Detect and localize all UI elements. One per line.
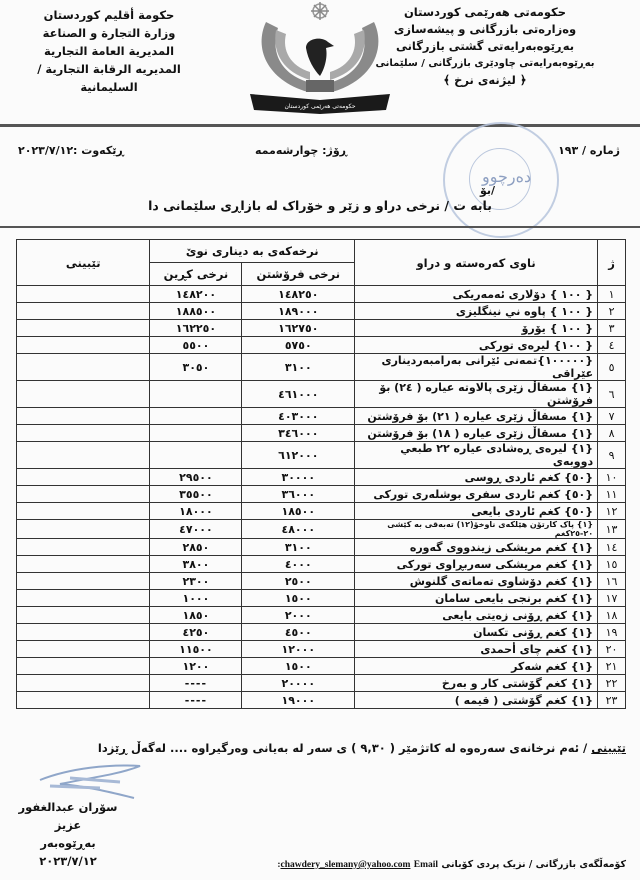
- buy-price: ----: [150, 692, 242, 709]
- sell-price: ٥٧٥٠: [242, 337, 355, 354]
- buy-price: ١٨٥٠: [150, 607, 242, 624]
- item-name: { ١٠٠ } یۆرۆ: [355, 320, 598, 337]
- kurdish-subdirectorate-line: بەڕێوەبەرایەتی چاودێری بازرگانی / سلێمان…: [370, 55, 600, 72]
- buy-price: ١٠٠٠: [150, 590, 242, 607]
- arabic-subdirectorate-line: المديريه الرقابة التجارية / السليمانية: [14, 60, 204, 96]
- row-number: ١٤: [598, 539, 626, 556]
- row-number: ٢٢: [598, 675, 626, 692]
- item-name: {٥٠} کغم ئاردی سفری بوشلەری تورکی: [355, 486, 598, 503]
- row-number: ٣: [598, 320, 626, 337]
- col-header-item: ناوی کەرەستە و دراو: [355, 240, 598, 286]
- sell-price: ٢٠٠٠٠: [242, 675, 355, 692]
- sell-price: ١٢٠٠٠: [242, 641, 355, 658]
- sell-price: ٦١٢٠٠٠: [242, 442, 355, 469]
- table-row: ٤{ ١٠٠} لیرەی تورکی٥٧٥٠٥٥٠٠: [17, 337, 626, 354]
- item-name: {١} کغم برنجی بایعی سامان: [355, 590, 598, 607]
- letter-number: ژمارە / ١٩٣: [558, 144, 620, 157]
- item-name: {١} کغم ڕۆنی زەیتی بایعی: [355, 607, 598, 624]
- row-note: [17, 408, 150, 425]
- kurdish-directorate-line: بەڕێوەبەرایەتی گشتی بازرگانی: [370, 38, 600, 55]
- footer-contact: کۆمەڵگەی بازرگانی / نزیک پردی کۆبانی cha…: [277, 859, 626, 870]
- item-name: {١} مسقاڵ زێری عیارە ( ٢١) بۆ فرۆشتن: [355, 408, 598, 425]
- table-row: ١٧{١} کغم برنجی بایعی سامان١٥٠٠١٠٠٠: [17, 590, 626, 607]
- buy-price: ١٨٠٠٠: [150, 503, 242, 520]
- item-name: {١} کغم مریشکی سەربڕاوی تورکی: [355, 556, 598, 573]
- kurdish-ministry-line: وەزارەتی بازرگانی و پیشەسازی: [370, 21, 600, 38]
- header-divider: [0, 124, 640, 127]
- table-row: ٨{١} مسقاڵ زێری عیارە ( ١٨) بۆ فرۆشتن٣٤٦…: [17, 425, 626, 442]
- row-note: [17, 320, 150, 337]
- row-number: ٧: [598, 408, 626, 425]
- buy-price: ٥٥٠٠: [150, 337, 242, 354]
- sell-price: ٣٠٠٠٠: [242, 469, 355, 486]
- table-row: ١٥{١} کغم مریشکی سەربڕاوی تورکی٤٠٠٠٣٨٠٠: [17, 556, 626, 573]
- row-number: ١٧: [598, 590, 626, 607]
- row-note: [17, 337, 150, 354]
- row-number: ١٦: [598, 573, 626, 590]
- item-name: {٥٠} کغم ئاردی بایعی: [355, 503, 598, 520]
- kurdish-committee-line: ﴿ لیژنەی نرخ ﴾: [370, 72, 600, 89]
- row-note: [17, 675, 150, 692]
- row-note: [17, 486, 150, 503]
- table-row: ١٩{١} کغم ڕۆنی تکسان٤٥٠٠٤٢٥٠: [17, 624, 626, 641]
- letter-day: ڕۆژ: چوارشەممە: [255, 144, 347, 157]
- row-note: [17, 303, 150, 320]
- buy-price: [150, 425, 242, 442]
- row-note: [17, 442, 150, 469]
- letter-date: ڕێکەوت :٢٠٢٣/٧/١٢: [18, 144, 124, 157]
- table-row: ١{ ١٠٠ } دۆلاری ئەمەریکی١٤٨٢٥٠١٤٨٢٠٠: [17, 286, 626, 303]
- item-name: {١} مسقاڵ زێری عیارە ( ١٨) بۆ فرۆشتن: [355, 425, 598, 442]
- signature-scrawl-icon: [30, 758, 150, 802]
- sell-price: ١٤٨٢٥٠: [242, 286, 355, 303]
- table-row: ٢٣{١} کغم گۆشتی ( قیمە )١٩٠٠٠----: [17, 692, 626, 709]
- sell-price: ٤٦١٠٠٠: [242, 381, 355, 408]
- row-note: [17, 692, 150, 709]
- row-number: ١٩: [598, 624, 626, 641]
- recipient-label: بۆ/: [480, 184, 495, 197]
- row-number: ٢٠: [598, 641, 626, 658]
- row-number: ٦: [598, 381, 626, 408]
- row-note: [17, 573, 150, 590]
- table-row: ٩{١} لیرەی ڕەشادی عیارە ٢٢ طبعي دووبەی٦١…: [17, 442, 626, 469]
- table-row: ١٠{٥٠} کغم ئاردی ڕوسی٣٠٠٠٠٢٩٥٠٠: [17, 469, 626, 486]
- buy-price: ٣٠٥٠: [150, 354, 242, 381]
- row-note: [17, 286, 150, 303]
- row-number: ٤: [598, 337, 626, 354]
- footnote: تێبینی / ئەم نرخانەی سەرەوە لە کاتژمێر (…: [98, 741, 626, 755]
- signature-block: سۆران عبدالغفور عزیز بەڕێوەبەر ٢٠٢٣/٧/١٢: [18, 798, 118, 870]
- row-number: ١: [598, 286, 626, 303]
- footnote-label: تێبینی: [591, 741, 626, 755]
- table-row: ١٨{١} کغم ڕۆنی زەیتی بایعی٢٠٠٠١٨٥٠: [17, 607, 626, 624]
- table-row: ٢١{١} کغم شەکر١٥٠٠١٢٠٠: [17, 658, 626, 675]
- sell-price: ١٩٠٠٠: [242, 692, 355, 709]
- sell-price: ٤٠٣٠٠٠: [242, 408, 355, 425]
- item-name: {١} کغم ڕۆنی تکسان: [355, 624, 598, 641]
- row-number: ١٠: [598, 469, 626, 486]
- table-row: ٢{ ١٠٠ } پاوە ني نينگليزى١٨٩٠٠٠١٨٨٥٠٠: [17, 303, 626, 320]
- kurdistan-emblem-icon: حکومەتی هەرێمی کوردستان: [236, 2, 404, 116]
- row-number: ٢١: [598, 658, 626, 675]
- table-row: ١٤{١} کغم مریشکی زیندووی گەورە٣١٠٠٢٨٥٠: [17, 539, 626, 556]
- row-number: ٢٣: [598, 692, 626, 709]
- col-header-price-group: نرخەکەی بە دیناری نوێ: [150, 240, 355, 263]
- sell-price: ٣١٠٠: [242, 539, 355, 556]
- sell-price: ٢٠٠٠: [242, 607, 355, 624]
- buy-price: ١٨٨٥٠٠: [150, 303, 242, 320]
- sell-price: ٤٨٠٠٠: [242, 520, 355, 539]
- item-name: {١} پاک کارتۆن هێلکەی ناوخۆ(١٢) تەبەقی ب…: [355, 520, 598, 539]
- kurdish-gov-line: حکومەتی هەرێمی کوردستان: [370, 4, 600, 21]
- col-header-number: ژ: [598, 240, 626, 286]
- row-number: ١١: [598, 486, 626, 503]
- row-number: ١٨: [598, 607, 626, 624]
- row-note: [17, 539, 150, 556]
- sell-price: ١٨٩٠٠٠: [242, 303, 355, 320]
- item-name: {١} کغم چای أحمدی: [355, 641, 598, 658]
- svg-text:حکومەتی هەرێمی کوردستان: حکومەتی هەرێمی کوردستان: [284, 103, 355, 110]
- buy-price: ١١٥٠٠: [150, 641, 242, 658]
- arabic-letterhead: حكومة أقليم كوردستان وزارة التجارة و الص…: [14, 6, 204, 96]
- row-note: [17, 624, 150, 641]
- buy-price: [150, 442, 242, 469]
- row-note: [17, 503, 150, 520]
- buy-price: ----: [150, 675, 242, 692]
- signatory-title: بەڕێوەبەر: [18, 834, 118, 852]
- row-note: [17, 641, 150, 658]
- footer-email[interactable]: chawdery_slemany@yahoo.com: [280, 860, 410, 870]
- row-note: [17, 607, 150, 624]
- item-name: {١} لیرەی ڕەشادی عیارە ٢٢ طبعي دووبەی: [355, 442, 598, 469]
- sell-price: ١٦٢٧٥٠: [242, 320, 355, 337]
- buy-price: ٣٨٠٠: [150, 556, 242, 573]
- row-note: [17, 658, 150, 675]
- kurdish-letterhead: حکومەتی هەرێمی کوردستان وەزارەتی بازرگان…: [370, 4, 600, 89]
- footer-address: کۆمەڵگەی بازرگانی / نزیک پردی کۆبانی: [441, 859, 626, 870]
- buy-price: ٢٩٥٠٠: [150, 469, 242, 486]
- row-note: [17, 469, 150, 486]
- row-note: [17, 590, 150, 607]
- item-name: { ١٠٠} لیرەی تورکی: [355, 337, 598, 354]
- item-name: { ١٠٠ } دۆلاری ئەمەریکی: [355, 286, 598, 303]
- item-name: {١} کغم دۆشاوی تەماتەی گلنوش: [355, 573, 598, 590]
- table-row: ٣{ ١٠٠ } یۆرۆ١٦٢٧٥٠١٦٢٢٥٠: [17, 320, 626, 337]
- row-number: ٢: [598, 303, 626, 320]
- row-number: ٩: [598, 442, 626, 469]
- buy-price: ٤٧٠٠٠: [150, 520, 242, 539]
- sell-price: ٣٦٠٠٠: [242, 486, 355, 503]
- table-row: ٥{١٠٠٠٠٠}تمەنی ئێرانی بەرامبەردیناری عێر…: [17, 354, 626, 381]
- item-name: { ١٠٠ } پاوە ني نينگليزى: [355, 303, 598, 320]
- row-note: [17, 425, 150, 442]
- subject-divider: [0, 226, 640, 228]
- item-name: {١} کغم گۆشتی ( قیمە ): [355, 692, 598, 709]
- arabic-gov-line: حكومة أقليم كوردستان: [14, 6, 204, 24]
- arabic-directorate-line: المديرية العامة التجارية: [14, 42, 204, 60]
- row-note: [17, 381, 150, 408]
- arabic-ministry-line: وزارة التجارة و الصناعة: [14, 24, 204, 42]
- sell-price: ١٥٠٠: [242, 590, 355, 607]
- item-name: {١} کغم مریشکی زیندووی گەورە: [355, 539, 598, 556]
- row-number: ١٢: [598, 503, 626, 520]
- item-name: {١} کغم شەکر: [355, 658, 598, 675]
- signature-date: ٢٠٢٣/٧/١٢: [18, 852, 118, 870]
- price-table: ژ ناوی کەرەستە و دراو نرخەکەی بە دیناری …: [16, 239, 626, 709]
- item-name: {١٠٠٠٠٠}تمەنی ئێرانی بەرامبەردیناری عێرا…: [355, 354, 598, 381]
- sell-price: ٣١٠٠: [242, 354, 355, 381]
- signatory-name: سۆران عبدالغفور عزیز: [18, 798, 118, 834]
- row-number: ٥: [598, 354, 626, 381]
- table-row: ١١{٥٠} کغم ئاردی سفری بوشلەری تورکی٣٦٠٠٠…: [17, 486, 626, 503]
- sell-price: ١٥٠٠: [242, 658, 355, 675]
- table-row: ٦{١} مسقاڵ زێری پالاوتە عیارە ( ٢٤) بۆ ف…: [17, 381, 626, 408]
- item-name: {١} مسقاڵ زێری پالاوتە عیارە ( ٢٤) بۆ فر…: [355, 381, 598, 408]
- col-header-note: تێبینی: [17, 240, 150, 286]
- item-name: {١} کغم گۆشتی کار و بەرخ: [355, 675, 598, 692]
- table-row: ٧{١} مسقاڵ زێری عیارە ( ٢١) بۆ فرۆشتن٤٠٣…: [17, 408, 626, 425]
- footnote-text: / ئەم نرخانەی سەرەوە لە کاتژمێر ( ٩,٣٠ )…: [98, 741, 591, 755]
- row-number: ١٥: [598, 556, 626, 573]
- row-note: [17, 556, 150, 573]
- col-header-sell: نرخی فرۆشتن: [242, 263, 355, 286]
- buy-price: ١٢٠٠: [150, 658, 242, 675]
- sell-price: ٣٤٦٠٠٠: [242, 425, 355, 442]
- row-note: [17, 520, 150, 539]
- buy-price: ٢٣٠٠: [150, 573, 242, 590]
- buy-price: ٣٥٥٠٠: [150, 486, 242, 503]
- table-row: ٢٠{١} کغم چای أحمدی١٢٠٠٠١١٥٠٠: [17, 641, 626, 658]
- buy-price: [150, 381, 242, 408]
- table-row: ٢٢{١} کغم گۆشتی کار و بەرخ٢٠٠٠٠----: [17, 675, 626, 692]
- outgoing-stamp: دەرچوو: [443, 122, 559, 238]
- sell-price: ٤٥٠٠: [242, 624, 355, 641]
- row-number: ٨: [598, 425, 626, 442]
- item-name: {٥٠} کغم ئاردی ڕوسی: [355, 469, 598, 486]
- col-header-buy: نرخی کڕین: [150, 263, 242, 286]
- table-row: ١٣{١} پاک کارتۆن هێلکەی ناوخۆ(١٢) تەبەقی…: [17, 520, 626, 539]
- sell-price: ٤٠٠٠: [242, 556, 355, 573]
- buy-price: ١٦٢٢٥٠: [150, 320, 242, 337]
- sell-price: ١٨٥٠٠: [242, 503, 355, 520]
- table-row: ١٢{٥٠} کغم ئاردی بایعی١٨٥٠٠١٨٠٠٠: [17, 503, 626, 520]
- subject-line: بابە ت / نرخی دراو و زێر و خۆراک لە بازا…: [0, 198, 640, 213]
- row-note: [17, 354, 150, 381]
- buy-price: ٤٢٥٠: [150, 624, 242, 641]
- row-number: ١٣: [598, 520, 626, 539]
- sell-price: ٢٥٠٠: [242, 573, 355, 590]
- buy-price: ٢٨٥٠: [150, 539, 242, 556]
- buy-price: ١٤٨٢٠٠: [150, 286, 242, 303]
- buy-price: [150, 408, 242, 425]
- table-row: ١٦{١} کغم دۆشاوی تەماتەی گلنوش٢٥٠٠٢٣٠٠: [17, 573, 626, 590]
